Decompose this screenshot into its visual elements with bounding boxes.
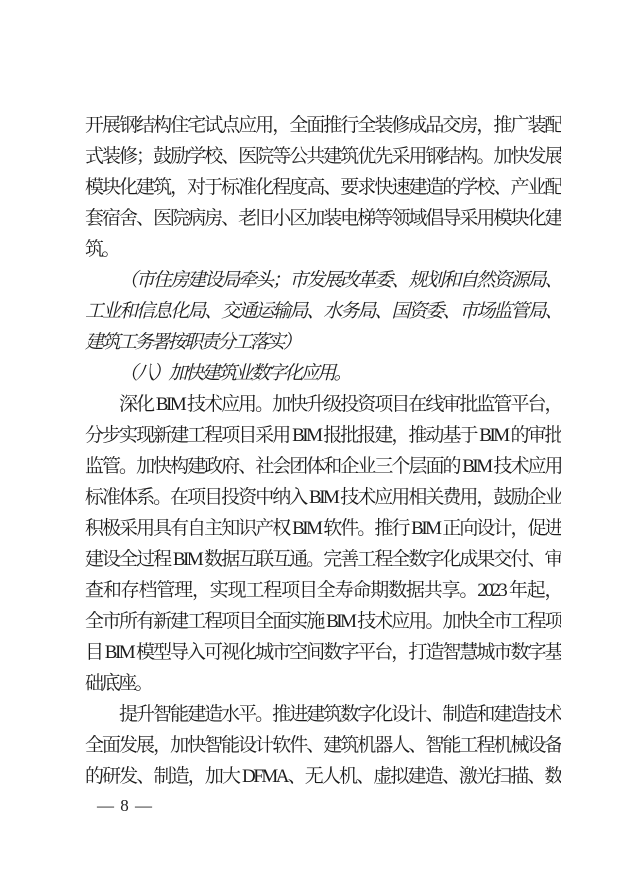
paragraph-smart-construction: 提升智能建造水平。推进建筑数字化设计、制造和建造技术 全面发展，加快智能设计软件… [85,699,561,792]
document-page: 开展钢结构住宅试点应用，全面推行全装修成品交房，推广装配 式装修；鼓励学校、医院… [0,0,630,891]
text-line: 模块化建筑，对于标准化程度高、要求快速建造的学校、产业配 [85,172,561,203]
text-line: 开展钢结构住宅试点应用，全面推行全装修成品交房，推广装配 [85,110,561,141]
text-line: 提升智能建造水平。推进建筑数字化设计、制造和建造技术 [85,699,561,730]
text-line: 分步实现新建工程项目采用 BIM 报批报建，推动基于 BIM 的审批 [85,420,561,451]
text-line: 套宿舍、医院病房、老旧小区加装电梯等领域倡导采用模块化建 [85,203,561,234]
text-line: 筑。 [85,234,561,265]
text-line: 式装修；鼓励学校、医院等公共建筑优先采用钢结构。加快发展 [85,141,561,172]
agency-attribution: （市住房建设局牵头；市发展改革委、规划和自然资源局、 工业和信息化局、交通运输局… [85,265,561,358]
text-line: 深化 BIM 技术应用。加快升级投资项目在线审批监管平台， [85,389,561,420]
text-line: 监管。加快构建政府、社会团体和企业三个层面的 BIM 技术应用 [85,451,561,482]
text-line: 工业和信息化局、交通运输局、水务局、国资委、市场监管局、 [85,296,561,327]
text-line: 础底座。 [85,668,561,699]
page-number: — 8 — [97,792,153,820]
text-line: 建设全过程 BIM 数据互联互通。完善工程全数字化成果交付、审 [85,544,561,575]
text-line: 积极采用具有自主知识产权 BIM 软件。推行 BIM 正向设计，促进 [85,513,561,544]
section-heading-line: （八）加快建筑业数字化应用。 [85,358,561,389]
text-line: 全市所有新建工程项目全面实施 BIM 技术应用。加快全市工程项 [85,606,561,637]
text-line: 的研发、制造，加大 DFMA、无人机、虚拟建造、激光扫描、数 [85,761,561,792]
section-heading-8: （八）加快建筑业数字化应用。 [85,358,561,389]
text-line: 标准体系。在项目投资中纳入 BIM 技术应用相关费用，鼓励企业 [85,482,561,513]
text-block: 开展钢结构住宅试点应用，全面推行全装修成品交房，推广装配 式装修；鼓励学校、医院… [85,110,561,792]
text-line: 全面发展，加快智能设计软件、建筑机器人、智能工程机械设备 [85,730,561,761]
paragraph-prefab-construction: 开展钢结构住宅试点应用，全面推行全装修成品交房，推广装配 式装修；鼓励学校、医院… [85,110,561,265]
text-line: 查和存档管理，实现工程项目全寿命期数据共享。2023 年起， [85,575,561,606]
paragraph-bim-application: 深化 BIM 技术应用。加快升级投资项目在线审批监管平台， 分步实现新建工程项目… [85,389,561,699]
text-line: （市住房建设局牵头；市发展改革委、规划和自然资源局、 [85,265,561,296]
text-line: 建筑工务署按职责分工落实） [85,327,561,358]
text-line: 目 BIM 模型导入可视化城市空间数字平台，打造智慧城市数字基 [85,637,561,668]
